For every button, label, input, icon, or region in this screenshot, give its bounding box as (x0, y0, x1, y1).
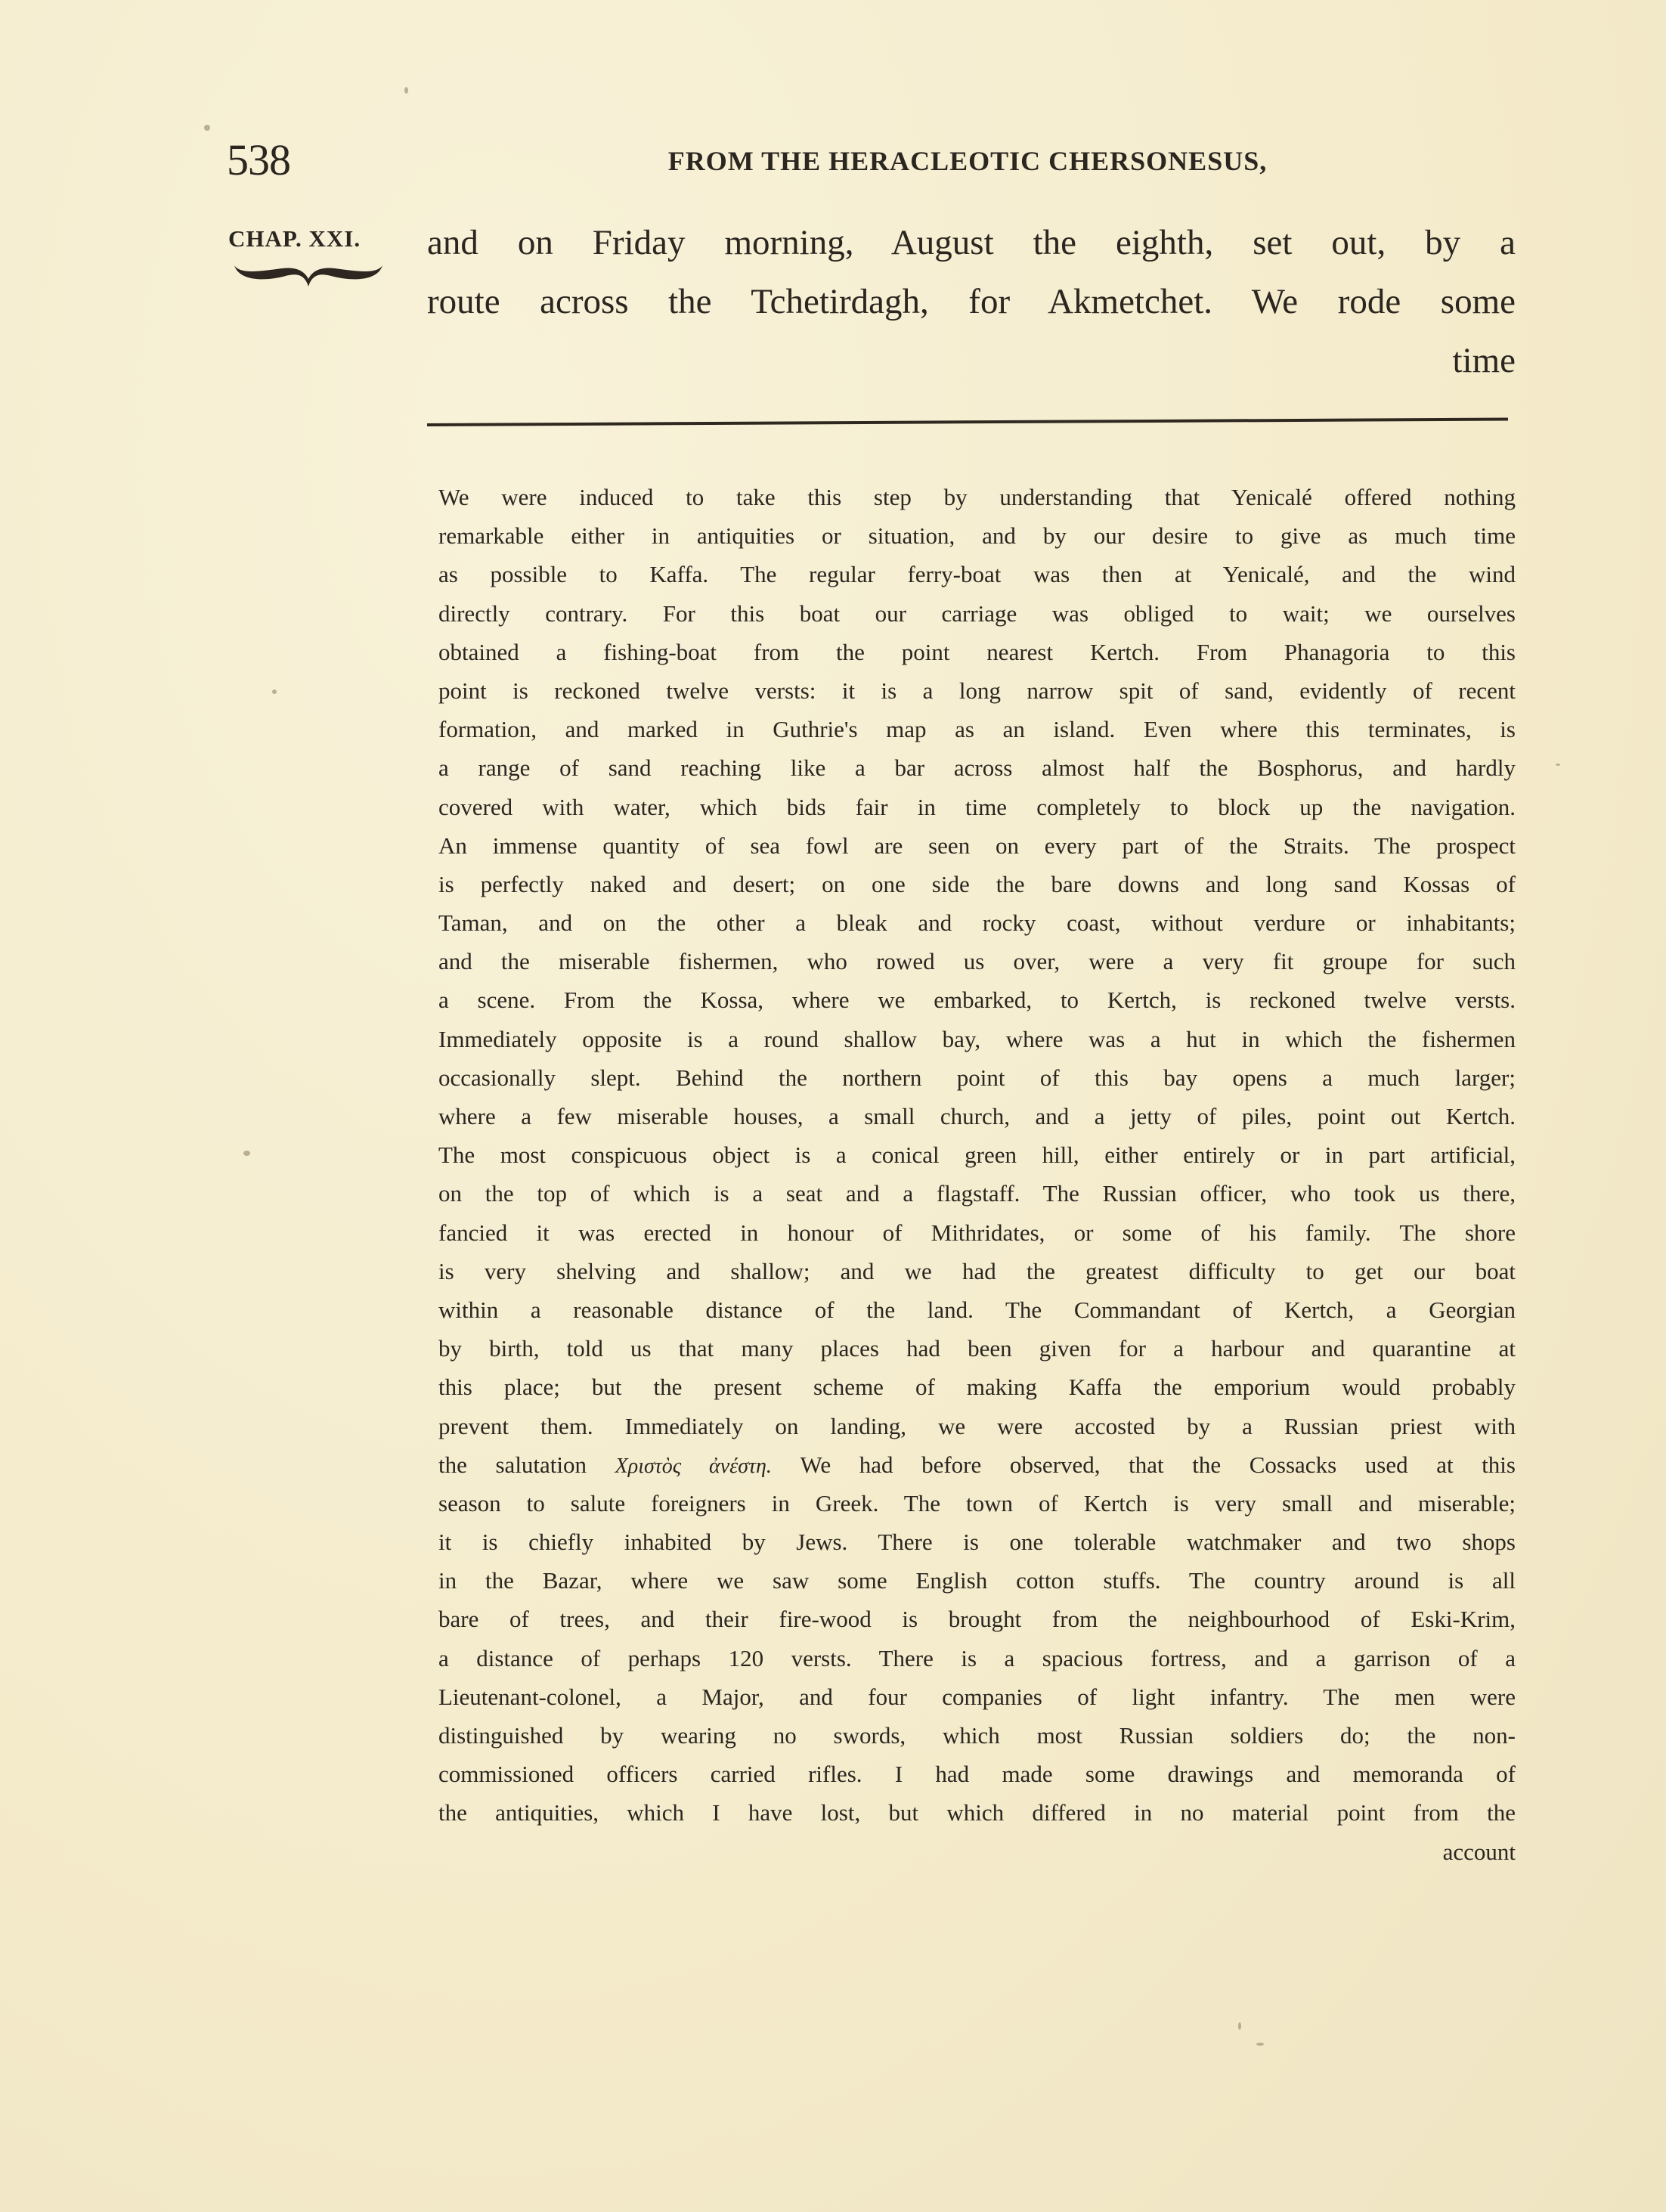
footnote-line: obtained a fishing-boat from the point n… (438, 633, 1516, 671)
footnote-line-with-greek: the salutation Χριστὸς ἀνέστη. We had be… (438, 1445, 1516, 1484)
paper-speck (1238, 2022, 1241, 2030)
footnote-line: by birth, told us that many places had b… (438, 1329, 1516, 1368)
footnote-block: We were induced to take this step by und… (438, 478, 1516, 1871)
footnote-line: within a reasonable distance of the land… (438, 1290, 1516, 1329)
paper-speck (204, 125, 210, 131)
footnote-line: We were induced to take this step by und… (438, 478, 1516, 516)
paper-speck (1556, 764, 1560, 766)
paper-speck (404, 87, 408, 94)
footnote-line: point is reckoned twelve versts: it is a… (438, 671, 1516, 710)
footnote-line: the antiquities, which I have lost, but … (438, 1793, 1516, 1832)
footnote-line: bare of trees, and their fire-wood is br… (438, 1600, 1516, 1638)
footnote-line: on the top of which is a seat and a flag… (438, 1174, 1516, 1213)
footnote-line: Immediately opposite is a round shallow … (438, 1020, 1516, 1058)
footnote-text: the salutation (438, 1451, 587, 1478)
footnote-line: commissioned officers carried rifles. I … (438, 1755, 1516, 1793)
greek-salutation: Χριστὸς ἀνέστη. (615, 1455, 772, 1478)
chapter-marginal-note: CHAP. XXI. (228, 225, 361, 252)
footnote-line: in the Bazar, where we saw some English … (438, 1561, 1516, 1600)
footnote-line: fancied it was erected in honour of Mith… (438, 1213, 1516, 1252)
footnote-line: and the miserable fishermen, who rowed u… (438, 942, 1516, 981)
footnote-line: Taman, and on the other a bleak and rock… (438, 903, 1516, 942)
footnote-line: season to salute foreigners in Greek. Th… (438, 1484, 1516, 1523)
main-text-block: and on Friday morning, August the eighth… (427, 213, 1516, 390)
footnote-text: We had before observed, that the Cossack… (800, 1451, 1516, 1478)
footnote-line: is perfectly naked and desert; on one si… (438, 865, 1516, 903)
footnote-line: directly contrary. For this boat our car… (438, 594, 1516, 633)
footnote-line: a range of sand reaching like a bar acro… (438, 748, 1516, 787)
footnote-line: it is chiefly inhabited by Jews. There i… (438, 1523, 1516, 1561)
footnote-line: this place; but the present scheme of ma… (438, 1368, 1516, 1406)
footnote-line: formation, and marked in Guthrie's map a… (438, 710, 1516, 748)
footnote-line: where a few miserable houses, a small ch… (438, 1097, 1516, 1135)
footnote-catchword: account (438, 1832, 1516, 1871)
footnote-line: An immense quantity of sea fowl are seen… (438, 826, 1516, 865)
paper-speck (1256, 2043, 1264, 2046)
footnote-line: distinguished by wearing no swords, whic… (438, 1716, 1516, 1755)
paper-speck (272, 689, 277, 694)
running-head: FROM THE HERACLEOTIC CHERSONESUS, (423, 145, 1512, 177)
footnote-line: as possible to Kaffa. The regular ferry-… (438, 555, 1516, 593)
footnote-separator-rule (427, 418, 1508, 426)
main-text-line: and on Friday morning, August the eighth… (427, 213, 1516, 272)
footnote-line: covered with water, which bids fair in t… (438, 788, 1516, 826)
footnote-line: is very shelving and shallow; and we had… (438, 1252, 1516, 1290)
main-text-line: route across the Tchetirdagh, for Akmetc… (427, 272, 1516, 331)
paper-speck (243, 1151, 250, 1156)
footnote-line: remarkable either in antiquities or situ… (438, 516, 1516, 555)
footnote-line: Lieutenant-colonel, a Major, and four co… (438, 1678, 1516, 1716)
footnote-line: prevent them. Immediately on landing, we… (438, 1407, 1516, 1445)
footnote-line: a distance of perhaps 120 versts. There … (438, 1639, 1516, 1678)
catchword: time (427, 331, 1516, 390)
page-number: 538 (227, 135, 290, 185)
footnote-line: occasionally slept. Behind the northern … (438, 1058, 1516, 1097)
curly-brace-ornament-icon (233, 261, 384, 291)
footnote-line: a scene. From the Kossa, where we embark… (438, 981, 1516, 1019)
footnote-line: The most conspicuous object is a conical… (438, 1135, 1516, 1174)
